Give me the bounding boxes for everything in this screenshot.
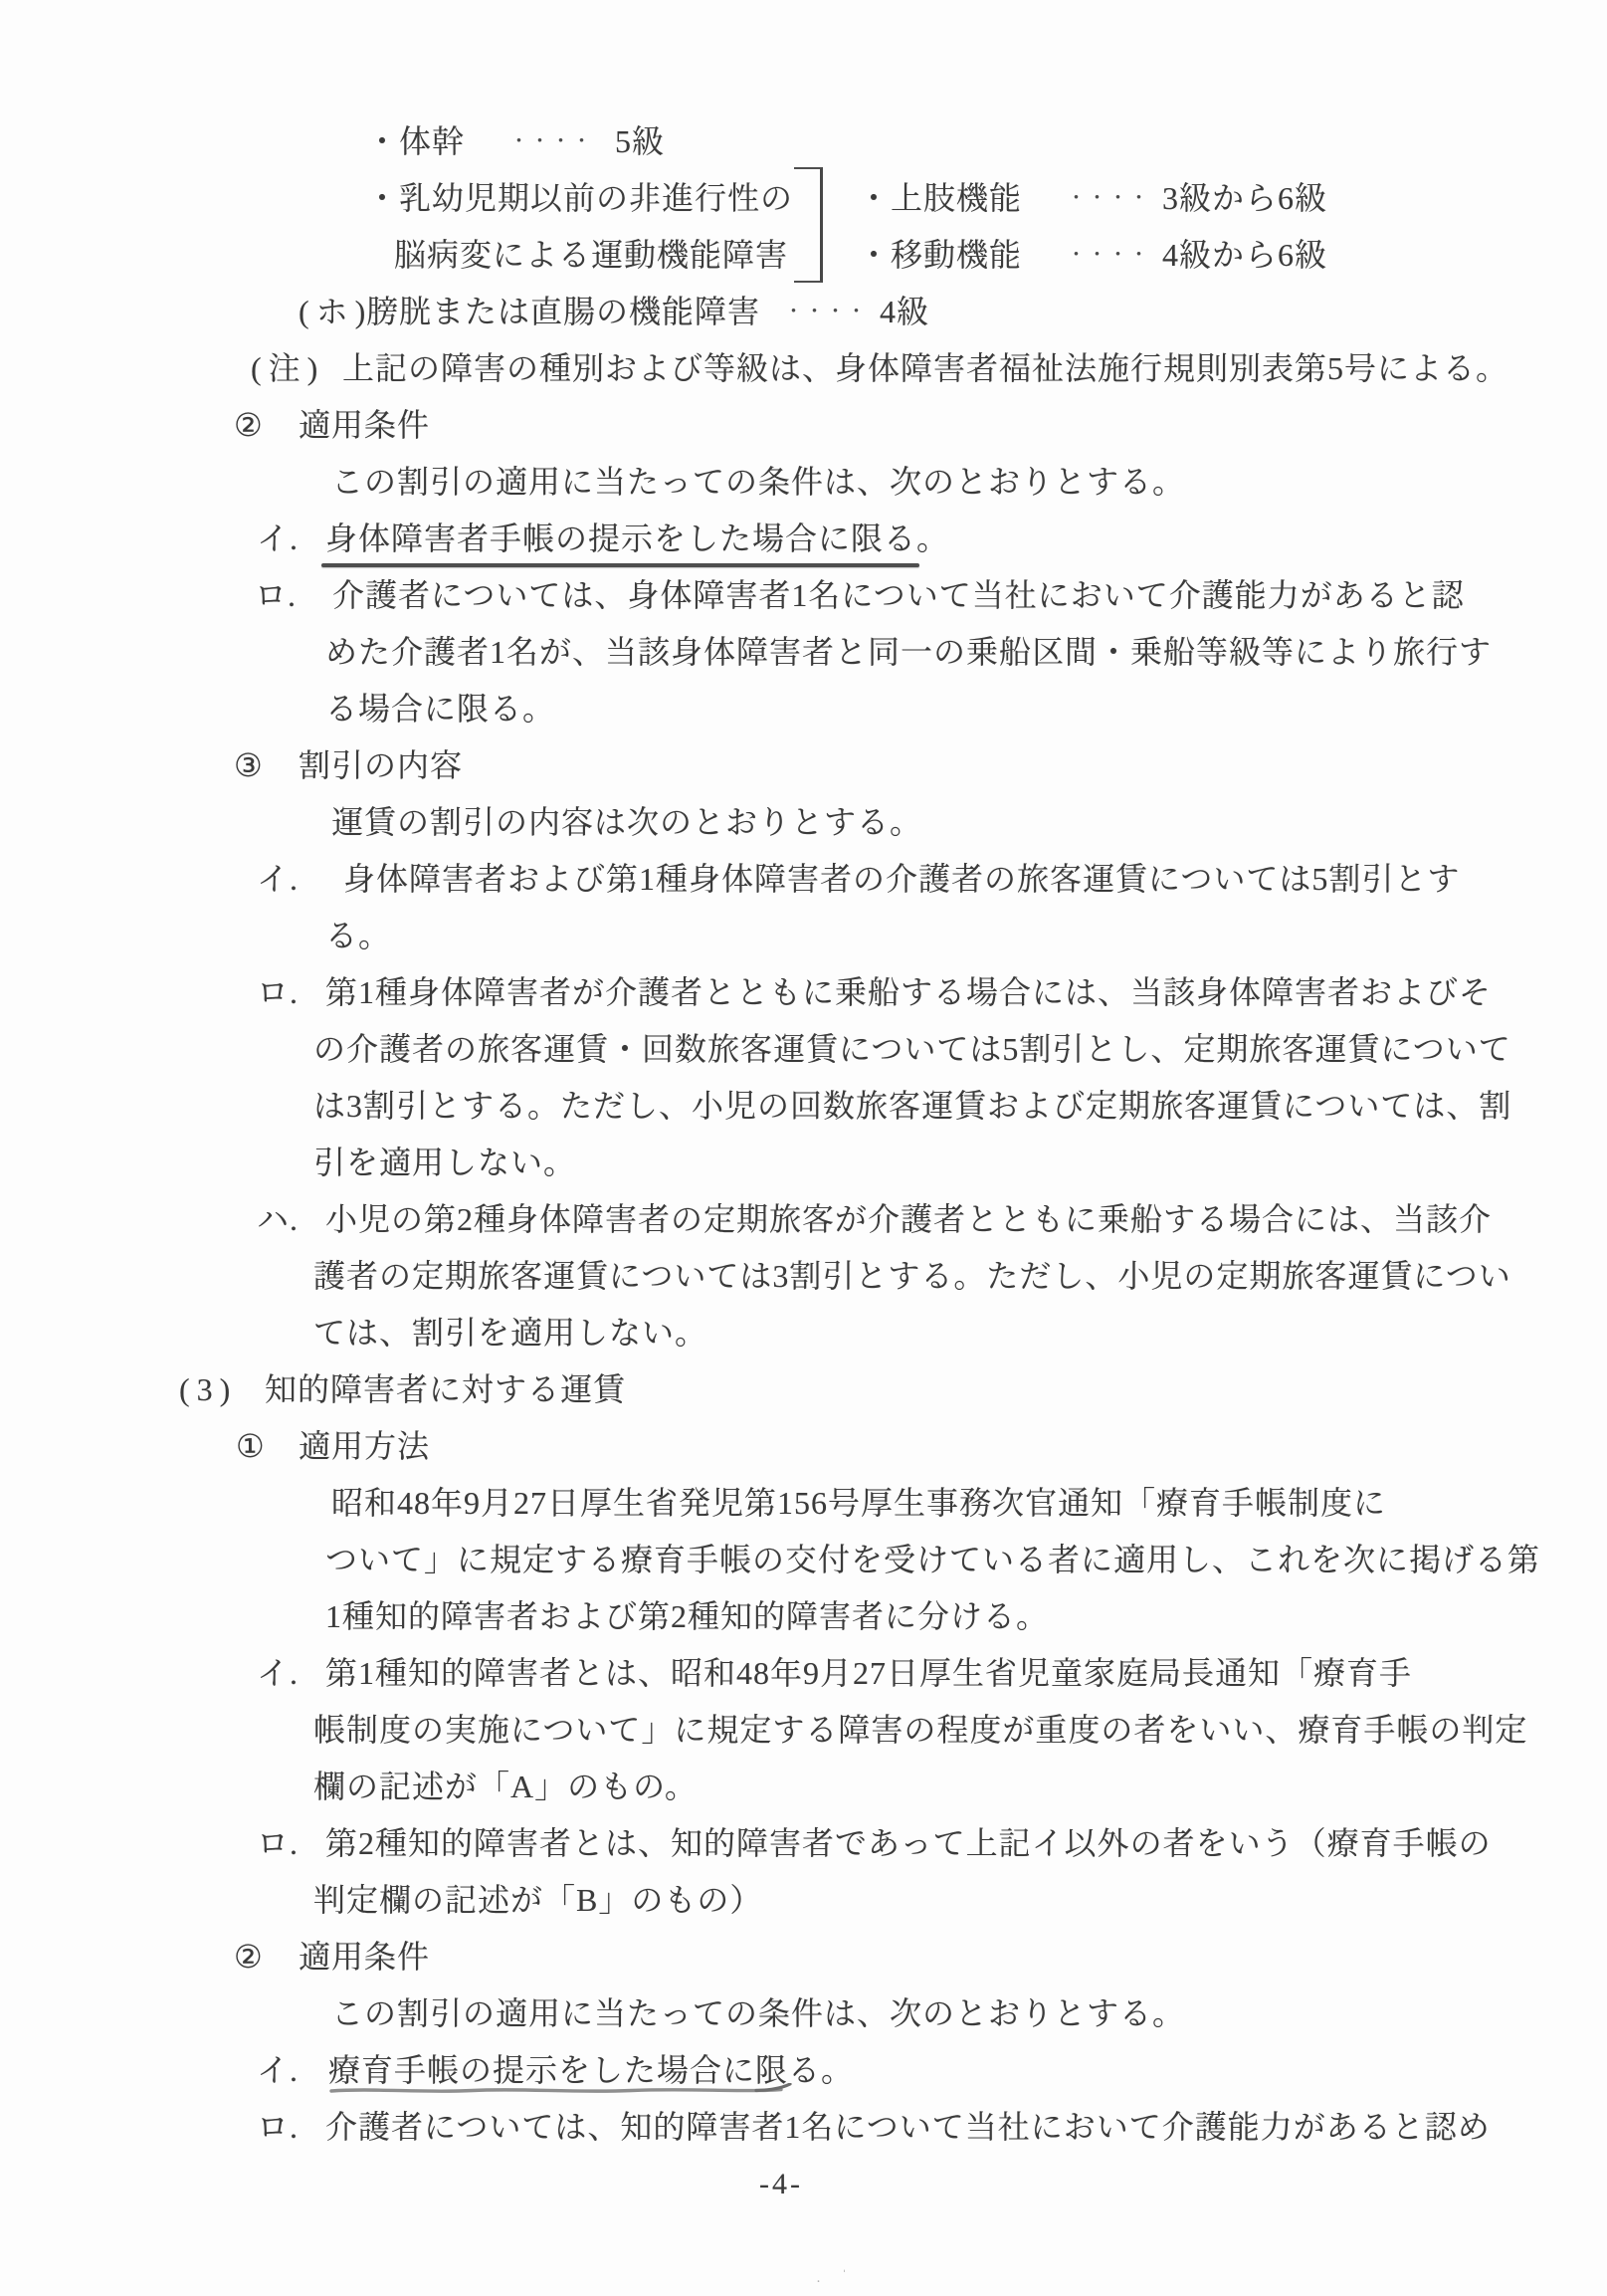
item-i-discount-line-2: る。 bbox=[0, 908, 1607, 964]
item-ha-discount-line-2-seg-0: 護者の定期旅客運賃については3割引とする。ただし、小児の定期旅客運賃につい bbox=[313, 1248, 1511, 1305]
item-ro-caregiver-line-3-seg-0: る場合に限る。 bbox=[325, 681, 555, 737]
grade-line-brain-lesion-2: 脳病変による運動機能障害・移動機能・・・・4級から6級 bbox=[0, 227, 1607, 284]
grade-line-trunk-seg-0: ・体幹 bbox=[366, 113, 465, 170]
sec-discount-heading-seg-1: 割引の内容 bbox=[299, 737, 463, 794]
note-line-seg-0: (注) bbox=[251, 340, 324, 397]
item-ha-discount-line-2: 護者の定期旅客運賃については3割引とする。ただし、小児の定期旅客運賃につい bbox=[0, 1248, 1607, 1305]
item-ro-discount-line-2: の介護者の旅客運賃・回数旅客運賃については5割引とし、定期旅客運賃について bbox=[0, 1021, 1607, 1078]
item-i-rehab-handbook-underlined-seg-0: イ. bbox=[257, 2042, 299, 2099]
sec3-method-para-line-1-seg-0: 昭和48年9月27日厚生省発児第156号厚生事務次官通知「療育手帳制度に bbox=[331, 1475, 1386, 1532]
item-ro-caregiver-line-1-seg-1: 介護者については、身体障害者1名について当社において介護能力があると認 bbox=[332, 567, 1465, 624]
sec3-conditions-intro: この割引の適用に当たっての条件は、次のとおりとする。 bbox=[0, 1985, 1607, 2042]
sec3-method-heading-seg-1: 適用方法 bbox=[299, 1418, 430, 1475]
item-i-class1-line-3: 欄の記述が「A」のもの。 bbox=[0, 1759, 1607, 1815]
item-ro-discount-line-1: ロ.第1種身体障害者が介護者とともに乗船する場合には、当該身体障害者およびそ bbox=[0, 964, 1607, 1021]
page-number-seg-0: -4- bbox=[759, 2156, 803, 2212]
scan-artifact: · bbox=[816, 2277, 821, 2287]
leader-dots: ・・・・ bbox=[784, 284, 868, 340]
grade-line-bladder-rectum-seg-3: 4級 bbox=[880, 284, 929, 340]
item-ro-caregiver-line-3: る場合に限る。 bbox=[0, 681, 1607, 737]
sec-discount-intro: 運賃の割引の内容は次のとおりとする。 bbox=[0, 794, 1607, 851]
sec-conditions-heading: ②適用条件 bbox=[0, 397, 1607, 454]
item-ro-class2-line-1-seg-0: ロ. bbox=[257, 1815, 299, 1872]
sec3-method-para-line-2: ついて」に規定する療育手帳の交付を受けている者に適用し、これを次に掲げる第 bbox=[0, 1532, 1607, 1588]
item-ro-caregiver-line-2-seg-0: めた介護者1名が、当該身体障害者と同一の乗船区間・乗船等級等により旅行す bbox=[325, 624, 1492, 681]
note-line: (注)上記の障害の種別および等級は、身体障害者福祉法施行規則別表第5号による。 bbox=[0, 340, 1607, 397]
item-ha-discount-line-3: ては、割引を適用しない。 bbox=[0, 1305, 1607, 1361]
item-i-handbook-underlined-seg-0: イ. bbox=[257, 511, 299, 567]
item-i-class1-line-1: イ.第1種知的障害者とは、昭和48年9月27日厚生省児童家庭局長通知「療育手 bbox=[0, 1645, 1607, 1702]
grade-line-brain-lesion-2-seg-3: 4級から6級 bbox=[1162, 227, 1327, 284]
sec3-intellectual-heading: (3)知的障害者に対する運賃 bbox=[0, 1361, 1607, 1418]
item-ro-discount-line-1-seg-0: ロ. bbox=[257, 964, 299, 1021]
item-ro-discount-line-1-seg-1: 第1種身体障害者が介護者とともに乗船する場合には、当該身体障害者およびそ bbox=[325, 964, 1492, 1021]
grade-line-brain-lesion-1: ・乳幼児期以前の非進行性の・上肢機能・・・・3級から6級 bbox=[0, 170, 1607, 227]
item-ha-discount-line-3-seg-0: ては、割引を適用しない。 bbox=[313, 1305, 707, 1361]
sec-discount-intro-seg-0: 運賃の割引の内容は次のとおりとする。 bbox=[331, 794, 922, 851]
sec-conditions-heading-seg-1: 適用条件 bbox=[299, 397, 430, 454]
sec-conditions-intro-seg-0: この割引の適用に当たっての条件は、次のとおりとする。 bbox=[331, 454, 1185, 511]
item-i-handbook-underlined: イ.身体障害者手帳の提示をした場合に限る。 bbox=[0, 511, 1607, 567]
item-i-class1-line-3-seg-0: 欄の記述が「A」のもの。 bbox=[313, 1759, 698, 1815]
item-i-discount-line-1-seg-1: 身体障害者および第1種身体障害者の介護者の旅客運賃については5割引とす bbox=[343, 851, 1460, 908]
sec3-intellectual-heading-seg-0: (3) bbox=[179, 1361, 237, 1418]
sec3-method-para-line-1: 昭和48年9月27日厚生省発児第156号厚生事務次官通知「療育手帳制度に bbox=[0, 1475, 1607, 1532]
item-ro-discount-line-3-seg-0: は3割引とする。ただし、小児の回数旅客運賃および定期旅客運賃については、割 bbox=[313, 1078, 1511, 1135]
leader-dots: ・・・・ bbox=[1067, 170, 1150, 227]
item-ro-caregiver-line-2: めた介護者1名が、当該身体障害者と同一の乗船区間・乗船等級等により旅行す bbox=[0, 624, 1607, 681]
sec3-conditions-heading: ②適用条件 bbox=[0, 1929, 1607, 1985]
item-i-discount-line-1-seg-0: イ. bbox=[257, 851, 299, 908]
sec3-intellectual-heading-seg-1: 知的障害者に対する運賃 bbox=[265, 1361, 626, 1418]
item-ro-caregiver2-line-1-seg-0: ロ. bbox=[257, 2099, 299, 2156]
page-number: -4- bbox=[0, 2156, 1607, 2212]
sec-discount-heading: ③割引の内容 bbox=[0, 737, 1607, 794]
item-ha-discount-line-1: ハ.小児の第2種身体障害者の定期旅客が介護者とともに乗船する場合には、当該介 bbox=[0, 1191, 1607, 1248]
sec-conditions-heading-seg-0: ② bbox=[234, 397, 264, 454]
item-i-rehab-handbook-underlined: イ.療育手帳の提示をした場合に限る。 bbox=[0, 2042, 1607, 2099]
item-i-handbook-underlined-seg-1: 身体障害者手帳の提示をした場合に限る。 bbox=[325, 511, 949, 567]
leader-dots: ・・・・ bbox=[509, 113, 593, 170]
grade-line-brain-lesion-1-seg-1: ・上肢機能 bbox=[858, 170, 1022, 227]
item-ha-discount-line-1-seg-1: 小児の第2種身体障害者の定期旅客が介護者とともに乗船する場合には、当該介 bbox=[325, 1191, 1492, 1248]
item-ro-class2-line-2: 判定欄の記述が「B」のもの） bbox=[0, 1872, 1607, 1929]
item-i-discount-line-1: イ.身体障害者および第1種身体障害者の介護者の旅客運賃については5割引とす bbox=[0, 851, 1607, 908]
item-ro-discount-line-2-seg-0: の介護者の旅客運賃・回数旅客運賃については5割引とし、定期旅客運賃について bbox=[313, 1021, 1511, 1078]
sec3-conditions-intro-seg-0: この割引の適用に当たっての条件は、次のとおりとする。 bbox=[331, 1985, 1185, 2042]
grade-line-brain-lesion-1-seg-3: 3級から6級 bbox=[1162, 170, 1327, 227]
item-ha-discount-line-1-seg-0: ハ. bbox=[257, 1191, 299, 1248]
sec3-method-para-line-3: 1種知的障害者および第2種知的障害者に分ける。 bbox=[0, 1588, 1607, 1645]
item-ro-caregiver-line-1-seg-0: ロ. bbox=[255, 567, 297, 624]
grade-line-trunk: ・体幹・・・・5級 bbox=[0, 113, 1607, 170]
item-ro-discount-line-4-seg-0: 引を適用しない。 bbox=[313, 1135, 576, 1191]
item-i-class1-line-2-seg-0: 帳制度の実施について」に規定する障害の程度が重度の者をいい、療育手帳の判定 bbox=[313, 1702, 1527, 1759]
sec-conditions-intro: この割引の適用に当たっての条件は、次のとおりとする。 bbox=[0, 454, 1607, 511]
item-i-discount-line-2-seg-0: る。 bbox=[325, 908, 391, 964]
item-ro-discount-line-3: は3割引とする。ただし、小児の回数旅客運賃および定期旅客運賃については、割 bbox=[0, 1078, 1607, 1135]
grade-line-bladder-rectum-seg-0: (ホ) bbox=[299, 284, 372, 340]
grade-line-brain-lesion-1-seg-0: ・乳幼児期以前の非進行性の bbox=[366, 170, 793, 227]
leader-dots: ・・・・ bbox=[1067, 227, 1150, 284]
sec3-conditions-heading-seg-0: ② bbox=[234, 1929, 264, 1985]
note-line-seg-1: 上記の障害の種別および等級は、身体障害者福祉法施行規則別表第5号による。 bbox=[342, 340, 1508, 397]
item-ro-class2-line-1: ロ.第2種知的障害者とは、知的障害者であって上記イ以外の者をいう（療育手帳の bbox=[0, 1815, 1607, 1872]
grade-line-brain-lesion-2-seg-0: 脳病変による運動機能障害 bbox=[394, 227, 788, 284]
sec3-method-heading-seg-0: ① bbox=[236, 1418, 266, 1475]
sec3-method-para-line-2-seg-0: ついて」に規定する療育手帳の交付を受けている者に適用し、これを次に掲げる第 bbox=[325, 1532, 1540, 1588]
item-i-class1-line-2: 帳制度の実施について」に規定する障害の程度が重度の者をいい、療育手帳の判定 bbox=[0, 1702, 1607, 1759]
item-i-class1-line-1-seg-0: イ. bbox=[257, 1645, 299, 1702]
grade-line-bladder-rectum-seg-1: 膀胱または直腸の機能障害 bbox=[366, 284, 760, 340]
item-i-rehab-handbook-underlined-seg-1: 療育手帳の提示をした場合に限る。 bbox=[328, 2042, 854, 2099]
sec3-conditions-heading-seg-1: 適用条件 bbox=[299, 1929, 430, 1985]
scanned-document-page: · ˈ ・体幹・・・・5級・乳幼児期以前の非進行性の・上肢機能・・・・3級から6… bbox=[0, 0, 1607, 2296]
item-i-class1-line-1-seg-1: 第1種知的障害者とは、昭和48年9月27日厚生省児童家庭局長通知「療育手 bbox=[325, 1645, 1412, 1702]
grade-line-bladder-rectum: (ホ)膀胱または直腸の機能障害・・・・4級 bbox=[0, 284, 1607, 340]
item-ro-caregiver2-line-1-seg-1: 介護者については、知的障害者1名について当社において介護能力があると認め bbox=[325, 2099, 1491, 2156]
scan-artifact: ˈ bbox=[842, 2271, 847, 2281]
sec3-method-heading: ①適用方法 bbox=[0, 1418, 1607, 1475]
item-ro-caregiver2-line-1: ロ.介護者については、知的障害者1名について当社において介護能力があると認め bbox=[0, 2099, 1607, 2156]
grade-line-brain-lesion-2-seg-1: ・移動機能 bbox=[858, 227, 1022, 284]
item-ro-class2-line-1-seg-1: 第2種知的障害者とは、知的障害者であって上記イ以外の者をいう（療育手帳の bbox=[325, 1815, 1492, 1872]
item-ro-caregiver-line-1: ロ.介護者については、身体障害者1名について当社において介護能力があると認 bbox=[0, 567, 1607, 624]
item-ro-discount-line-4: 引を適用しない。 bbox=[0, 1135, 1607, 1191]
sec3-method-para-line-3-seg-0: 1種知的障害者および第2種知的障害者に分ける。 bbox=[325, 1588, 1049, 1645]
sec-discount-heading-seg-0: ③ bbox=[234, 737, 264, 794]
grade-line-trunk-seg-2: 5級 bbox=[615, 113, 665, 170]
item-ro-class2-line-2-seg-0: 判定欄の記述が「B」のもの） bbox=[313, 1872, 762, 1929]
